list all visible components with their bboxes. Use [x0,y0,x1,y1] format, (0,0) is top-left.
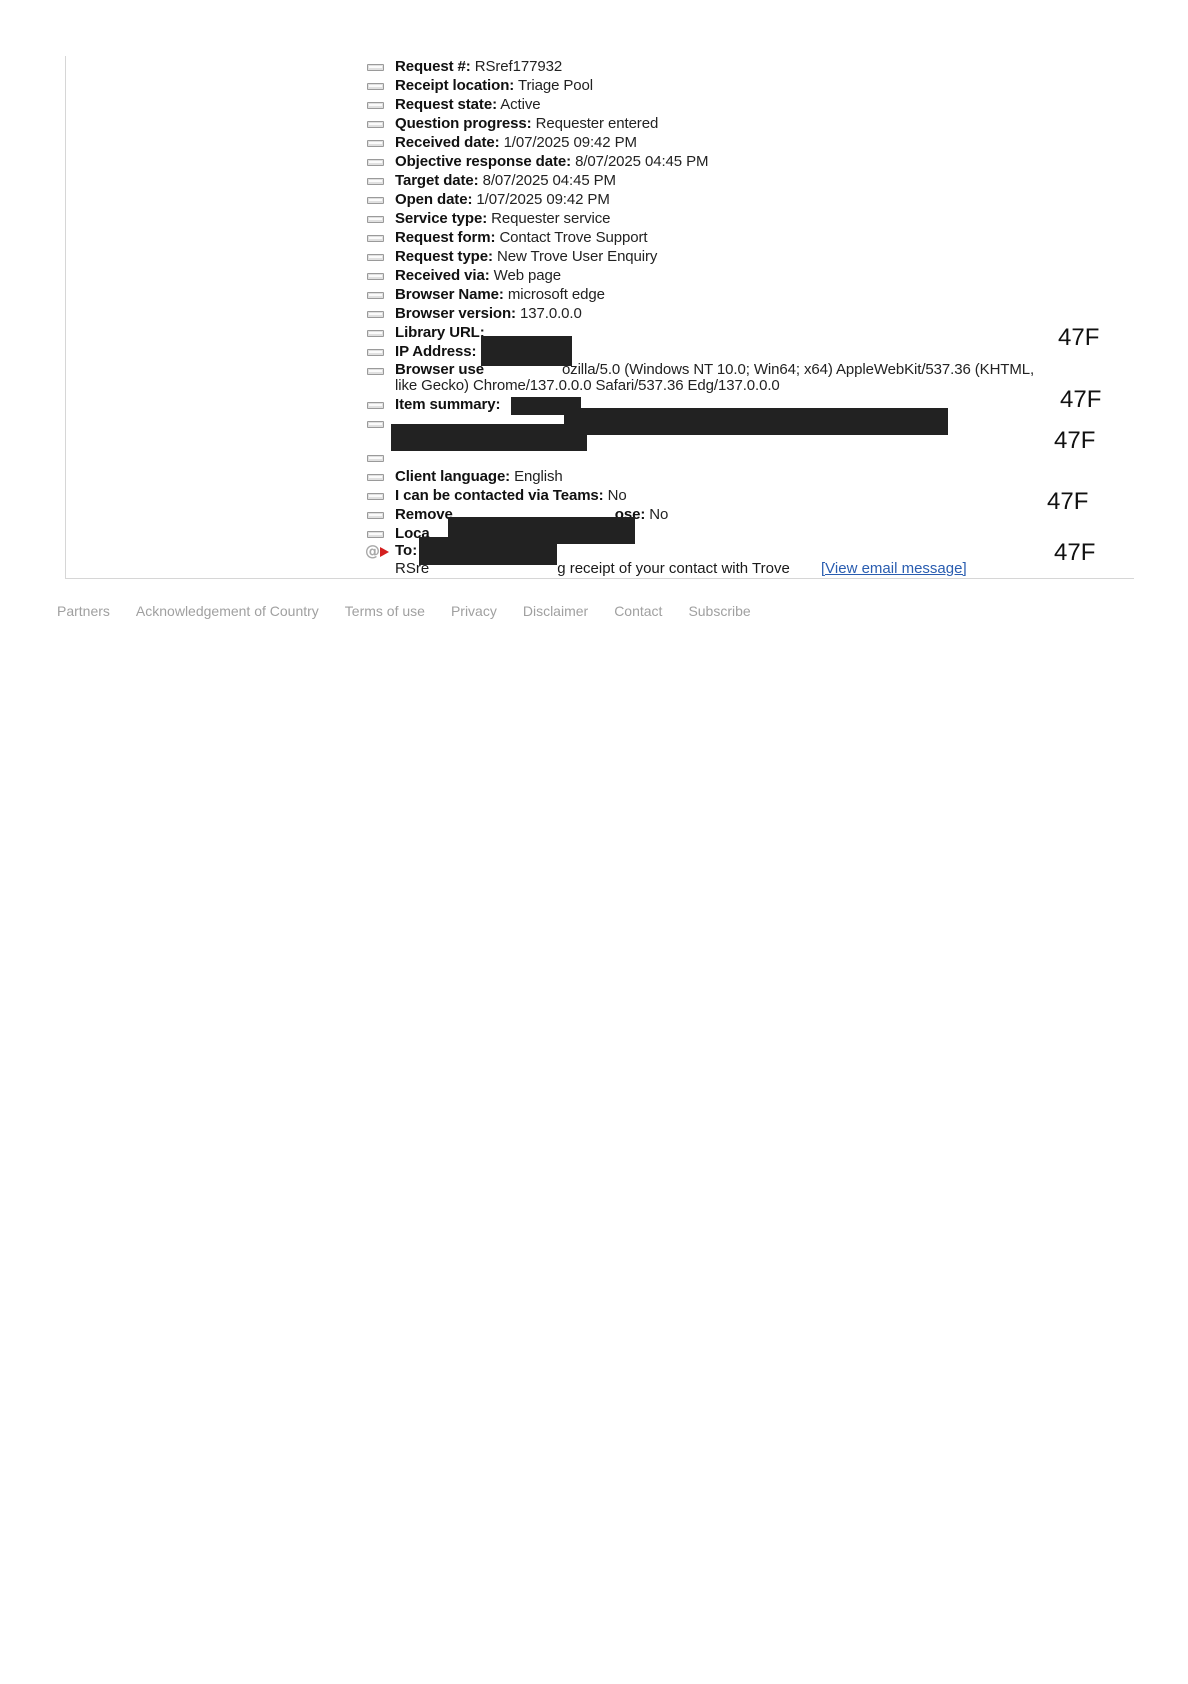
outgoing-arrow-icon [380,547,389,557]
detail-row: IP Address: [365,342,1065,361]
detail-text: Browser useozilla/5.0 (Windows NT 10.0; … [395,362,1055,394]
annotation-label: 47F [1058,324,1099,352]
footer-link-privacy[interactable]: Privacy [451,603,497,619]
footer-link-contact[interactable]: Contact [614,603,662,619]
field-icon [367,273,384,280]
detail-label: Received via: [395,267,490,284]
field-icon [367,493,384,500]
detail-value: RSref177932 [475,58,562,75]
detail-value: No [608,487,627,504]
field-icon [367,121,384,128]
detail-label: I can be contacted via Teams: [395,487,604,504]
detail-value: Web page [494,267,561,284]
email-at-icon: @ [365,542,380,560]
detail-text: Request type: New Trove User Enquiry [395,247,657,266]
field-icon [367,235,384,242]
detail-label: Request form: [395,229,495,246]
detail-value: Triage Pool [518,77,593,94]
field-icon [367,531,384,538]
detail-value: English [514,468,563,485]
detail-value: New Trove User Enquiry [497,248,657,265]
detail-value: 137.0.0.0 [520,305,582,322]
footer-link-subscribe[interactable]: Subscribe [688,603,750,619]
detail-text: Target date: 8/07/2025 04:45 PM [395,171,616,190]
detail-row: Request #: RSref177932 [365,57,1065,76]
detail-row: Question progress: Requester entered [365,114,1065,133]
field-icon [367,102,384,109]
field-icon [367,474,384,481]
detail-text: Client language: English [395,467,563,486]
detail-text: Browser version: 137.0.0.0 [395,304,582,323]
detail-row: Client language: English [365,467,1065,486]
detail-row: Open date: 1/07/2025 09:42 PM [365,190,1065,209]
detail-text: Item summary: [395,395,500,414]
field-icon [367,455,384,462]
detail-label: Target date: [395,172,479,189]
field-icon [367,178,384,185]
field-icon [367,349,384,356]
detail-row: Objective response date: 8/07/2025 04:45… [365,152,1065,171]
detail-text: Library URL: [395,323,485,342]
detail-label: Item summary: [395,396,500,413]
detail-label: Browser use [395,361,484,378]
detail-label: Open date: [395,191,472,208]
detail-label: Question progress: [395,115,532,132]
detail-value: Active [500,96,540,113]
detail-value: 1/07/2025 09:42 PM [476,191,609,208]
annotation-label: 47F [1060,386,1101,414]
detail-value: Requester service [491,210,610,227]
detail-label: Request #: [395,58,471,75]
detail-row: I can be contacted via Teams: No [365,486,1065,505]
redaction-box [564,408,948,435]
detail-text: Received date: 1/07/2025 09:42 PM [395,133,637,152]
detail-label: Service type: [395,210,487,227]
footer-link-acknowledgement-of-country[interactable]: Acknowledgement of Country [136,603,319,619]
detail-value: 1/07/2025 09:42 PM [504,134,637,151]
detail-text: Request #: RSref177932 [395,57,562,76]
detail-text: IP Address: [395,342,476,361]
detail-label: IP Address: [395,343,476,360]
detail-label: Client language: [395,468,510,485]
detail-label: Browser version: [395,305,516,322]
detail-row: Receipt location: Triage Pool [365,76,1065,95]
detail-text: Browser Name: microsoft edge [395,285,605,304]
detail-text: Request form: Contact Trove Support [395,228,647,247]
field-icon [367,421,384,428]
detail-label: Library URL: [395,324,485,341]
detail-row: Service type: Requester service [365,209,1065,228]
detail-text: Received via: Web page [395,266,561,285]
field-icon [367,83,384,90]
field-icon [367,330,384,337]
detail-row: Request state: Active [365,95,1065,114]
detail-label: Request type: [395,248,493,265]
field-icon [367,140,384,147]
detail-row: Received date: 1/07/2025 09:42 PM [365,133,1065,152]
detail-label: Objective response date: [395,153,571,170]
field-icon [367,311,384,318]
detail-row: Request type: New Trove User Enquiry [365,247,1065,266]
view-email-link[interactable]: [View email message] [821,560,967,577]
detail-text: Open date: 1/07/2025 09:42 PM [395,190,610,209]
detail-row: Request form: Contact Trove Support [365,228,1065,247]
detail-value: 8/07/2025 04:45 PM [575,153,708,170]
detail-value: Contact Trove Support [499,229,647,246]
field-icon [367,254,384,261]
footer-link-partners[interactable]: Partners [57,603,110,619]
detail-text: Objective response date: 8/07/2025 04:45… [395,152,708,171]
detail-text: Request state: Active [395,95,540,114]
footer-link-terms-of-use[interactable]: Terms of use [345,603,425,619]
detail-row: Received via: Web page [365,266,1065,285]
redaction-box [391,424,587,451]
email-subject-suffix: g receipt of your contact with Trove [557,560,790,577]
field-icon [367,64,384,71]
detail-text: I can be contacted via Teams: No [395,486,627,505]
field-icon [367,402,384,409]
detail-row: Browser useozilla/5.0 (Windows NT 10.0; … [365,361,1065,395]
site-footer: PartnersAcknowledgement of CountryTerms … [57,603,777,619]
detail-row: Browser version: 137.0.0.0 [365,304,1065,323]
field-icon [367,512,384,519]
field-icon [367,197,384,204]
detail-label: Request state: [395,96,497,113]
detail-text: Question progress: Requester entered [395,114,658,133]
detail-label: Browser Name: [395,286,504,303]
request-details-list: Request #: RSref177932Receipt location: … [365,57,1065,543]
detail-row: Library URL: [365,323,1065,342]
redaction-box [481,336,572,366]
detail-value: 8/07/2025 04:45 PM [483,172,616,189]
detail-value: Requester entered [536,115,659,132]
email-to-label: To: [395,542,417,559]
footer-link-disclaimer[interactable]: Disclaimer [523,603,588,619]
redaction-box [419,537,557,565]
detail-row: Browser Name: microsoft edge [365,285,1065,304]
detail-text: Service type: Requester service [395,209,610,228]
detail-text: Receipt location: Triage Pool [395,76,593,95]
detail-label: Receipt location: [395,77,514,94]
detail-label: Received date: [395,134,499,151]
detail-row: Target date: 8/07/2025 04:45 PM [365,171,1065,190]
field-icon [367,368,384,375]
field-icon [367,216,384,223]
detail-value: No [649,506,668,523]
annotation-label: 47F [1047,488,1088,516]
annotation-label: 47F [1054,539,1095,567]
field-icon [367,292,384,299]
detail-label: Remove [395,506,453,523]
field-icon [367,159,384,166]
annotation-label: 47F [1054,427,1095,455]
detail-value: microsoft edge [508,286,605,303]
